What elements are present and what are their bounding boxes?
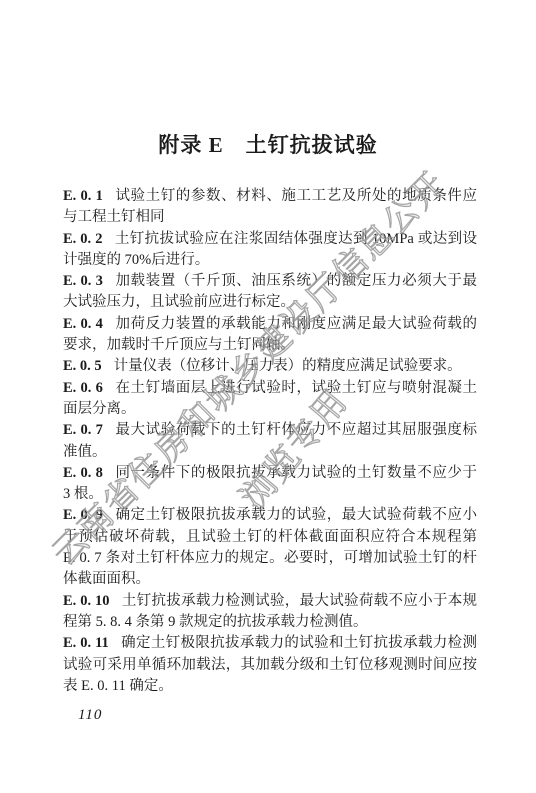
page-number: 110: [78, 707, 102, 724]
clause-number: E. 0. 1: [63, 188, 103, 204]
clause-line: E. 0. 8同一条件下的极限抗拔承载力试验的土钉数量不应少于: [63, 463, 477, 484]
clause-line: E. 0. 2土钉抗拔试验应在注浆固结体强度达到 10MPa 或达到设: [63, 229, 477, 250]
clause-line: E. 0. 3加载装置（千斤顶、油压系统）的额定压力必须大于最: [63, 271, 477, 292]
clause-line: E. 0. 7最大试验荷载下的土钉杆体应力不应超过其屈服强度标: [63, 420, 477, 441]
clause-line: E. 0. 7 条对土钉杆体应力的规定。必要时，可增加试验土钉的杆: [63, 548, 477, 569]
document-page: 附录 E 土钉抗拔试验 E. 0. 1试验土钉的参数、材料、施工工艺及所处的地质…: [0, 0, 536, 793]
clause-line: 准值。: [63, 442, 477, 463]
clause-number: E. 0. 6: [63, 380, 103, 396]
clause-number: E. 0. 11: [63, 635, 109, 651]
clause-number: E. 0. 8: [63, 465, 103, 481]
clause-line: 大试验压力，且试验前应进行标定。: [63, 292, 477, 313]
clause-line: 与工程土钉相同: [63, 207, 477, 228]
clause-number: E. 0. 2: [63, 231, 102, 247]
clause-line: E. 0. 9确定土钉极限抗拔承载力的试验，最大试验荷载不应小: [63, 505, 477, 526]
clause-number: E. 0. 7: [63, 422, 103, 438]
clause-line: E. 0. 1试验土钉的参数、材料、施工工艺及所处的地质条件应: [63, 186, 477, 207]
clause-line: 程第 5. 8. 4 条第 9 款规定的抗拔承载力检测值。: [63, 612, 477, 633]
clause-number: E. 0. 5: [63, 358, 102, 374]
clause-line: 3 根。: [63, 484, 477, 505]
clause-number: E. 0. 3: [63, 273, 103, 289]
clause-line: 表 E. 0. 11 确定。: [63, 676, 477, 697]
clause-line: E. 0. 4加荷反力装置的承载能力和刚度应满足最大试验荷载的: [63, 314, 477, 335]
clause-number: E. 0. 10: [63, 593, 110, 609]
appendix-title: 附录 E 土钉抗拔试验: [61, 129, 475, 159]
clause-line: E. 0. 11确定土钉极限抗拔承载力的试验和土钉抗拔承载力检测: [63, 633, 477, 654]
clause-line: E. 0. 5计量仪表（位移计、压力表）的精度应满足试验要求。: [63, 356, 477, 377]
clause-number: E. 0. 4: [63, 316, 103, 332]
clause-line: 于预估破坏荷载，且试验土钉的杆体截面面积应符合本规程第: [63, 527, 477, 548]
clause-line: 计强度的 70%后进行。: [63, 250, 477, 271]
clause-line: 体截面面积。: [63, 569, 477, 590]
clause-line: E. 0. 6在土钉墙面层上进行试验时，试验土钉应与喷射混凝土: [63, 378, 477, 399]
clause-number: E. 0. 9: [63, 507, 103, 523]
clauses: E. 0. 1试验土钉的参数、材料、施工工艺及所处的地质条件应与工程土钉相同E.…: [63, 186, 477, 697]
clause-line: 面层分离。: [63, 399, 477, 420]
clause-line: 试验可采用单循环加载法，其加载分级和土钉位移观测时间应按: [63, 655, 477, 676]
clause-line: 要求，加载时千斤顶应与土钉同轴。: [63, 335, 477, 356]
clause-line: E. 0. 10土钉抗拔承载力检测试验，最大试验荷载不应小于本规: [63, 591, 477, 612]
